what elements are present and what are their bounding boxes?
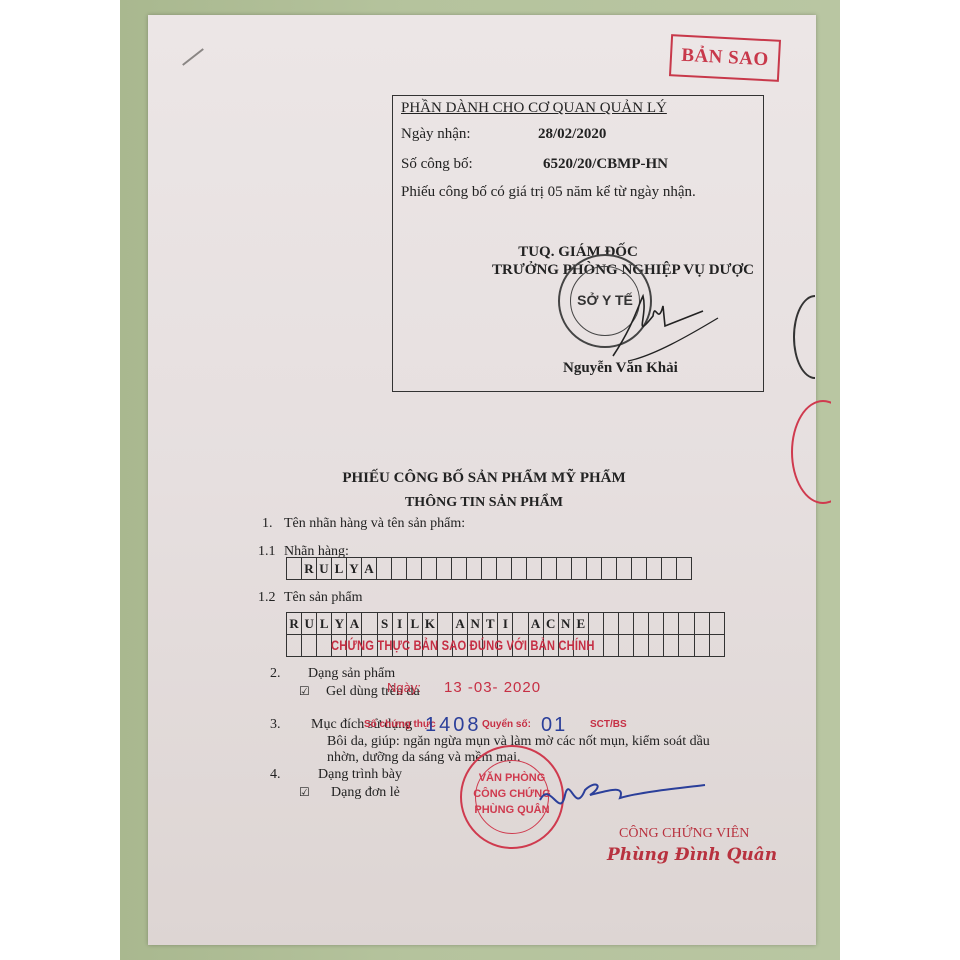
product-cell: [664, 613, 679, 635]
product-cell: [634, 613, 649, 635]
certification-date-label: Ngày:: [387, 680, 421, 695]
section-4-option: Dạng đơn lẻ: [331, 785, 400, 801]
authority-title: TUQ. GIÁM ĐỐC: [463, 244, 693, 261]
product-cell-empty: [649, 635, 664, 657]
book-number-value: 01: [541, 714, 567, 737]
product-cell: [619, 613, 634, 635]
brand-cell: [542, 558, 557, 580]
product-cell: [710, 613, 725, 635]
product-cell-empty: [302, 635, 317, 657]
signer-name: Nguyễn Văn Khải: [563, 360, 678, 377]
checkbox-checked-icon: ☑: [299, 684, 310, 698]
product-cell-empty: [619, 635, 634, 657]
section-1-label: Tên nhãn hàng và tên sản phẩm:: [284, 516, 465, 532]
notary-title: CÔNG CHỨNG VIÊN: [619, 826, 749, 842]
section-1-number: 1.: [262, 516, 273, 532]
product-cell: [513, 613, 528, 635]
product-cell: [589, 613, 604, 635]
official-signature: [593, 286, 723, 366]
brand-cell: [482, 558, 497, 580]
received-date-label: Ngày nhận:: [401, 126, 471, 142]
product-cell: K: [423, 613, 438, 635]
brand-cell: [377, 558, 392, 580]
brand-cell: [422, 558, 437, 580]
product-cell: [695, 613, 710, 635]
product-cell: [604, 613, 619, 635]
brand-cell: [452, 558, 467, 580]
section-2-label: Dạng sản phẩm: [308, 666, 395, 682]
product-cell: [649, 613, 664, 635]
document-subtitle: THÔNG TIN SẢN PHẨM: [150, 495, 818, 511]
notary-name: Phùng Đình Quân: [607, 845, 777, 865]
product-cell: C: [544, 613, 559, 635]
brand-cell: Y: [347, 558, 362, 580]
product-cell-empty: [634, 635, 649, 657]
product-cell: U: [302, 613, 317, 635]
product-cell: N: [468, 613, 483, 635]
section-2-number: 2.: [270, 666, 281, 682]
product-cell: S: [378, 613, 393, 635]
product-cell-empty: [664, 635, 679, 657]
brand-cell: A: [362, 558, 377, 580]
brand-cell: [392, 558, 407, 580]
product-cell: A: [529, 613, 544, 635]
brand-name-grid: RULYA: [286, 557, 692, 580]
product-cell-empty: [679, 635, 694, 657]
product-cell: N: [559, 613, 574, 635]
received-date-value: 28/02/2020: [538, 126, 606, 143]
product-cell: A: [453, 613, 468, 635]
product-cell-empty: [695, 635, 710, 657]
section-3-number: 3.: [270, 717, 281, 733]
management-section: PHẦN DÀNH CHO CƠ QUAN QUẢN LÝ Ngày nhận:…: [392, 95, 764, 392]
brand-cell: [587, 558, 602, 580]
copy-stamp: BẢN SAO: [669, 34, 781, 82]
product-cell: Y: [332, 613, 347, 635]
brand-cell: [647, 558, 662, 580]
certified-copy-stamp: CHỨNG THỰC BẢN SAO ĐÚNG VỚI BẢN CHÍNH: [331, 637, 595, 653]
brand-cell: [407, 558, 422, 580]
brand-cell: [602, 558, 617, 580]
brand-cell: [662, 558, 677, 580]
notary-signature: [530, 770, 710, 830]
product-cell-empty: [287, 635, 302, 657]
brand-cell: [467, 558, 482, 580]
document-title: PHIẾU CÔNG BỐ SẢN PHẨM MỸ PHẨM: [150, 470, 818, 487]
product-cell: T: [483, 613, 498, 635]
product-cell: L: [317, 613, 332, 635]
product-cell: I: [498, 613, 513, 635]
brand-cell: [617, 558, 632, 580]
section-4-number: 4.: [270, 767, 281, 783]
section-1-2-number: 1.2: [258, 590, 276, 606]
brand-cell: [512, 558, 527, 580]
brand-cell: [632, 558, 647, 580]
certification-date-value: 13 -03- 2020: [444, 679, 541, 696]
product-cell: [362, 613, 377, 635]
product-cell: R: [287, 613, 302, 635]
declaration-number-label: Số công bố:: [401, 156, 473, 173]
product-cell-empty: [710, 635, 725, 657]
brand-cell: [677, 558, 692, 580]
declaration-number-value: 6520/20/CBMP-HN: [543, 156, 668, 173]
brand-cell: [497, 558, 512, 580]
product-cell: [679, 613, 694, 635]
product-cell: E: [574, 613, 589, 635]
brand-cell: [557, 558, 572, 580]
product-cell: I: [393, 613, 408, 635]
brand-cell: U: [317, 558, 332, 580]
received-date-row: Ngày nhận:: [401, 126, 471, 143]
validity-note: Phiếu công bố có giá trị 05 năm kể từ ng…: [401, 184, 696, 201]
brand-cell: L: [332, 558, 347, 580]
book-suffix: SCT/BS: [590, 719, 627, 730]
brand-cell: [437, 558, 452, 580]
product-cell-empty: [604, 635, 619, 657]
product-cell: A: [347, 613, 362, 635]
book-number-label: Quyển số:: [482, 719, 531, 730]
partial-notary-seal-edge: [791, 400, 855, 504]
certification-number-value: 1408: [425, 714, 482, 737]
brand-cell: [287, 558, 302, 580]
brand-cell: R: [302, 558, 317, 580]
management-title: PHẦN DÀNH CHO CƠ QUAN QUẢN LÝ: [401, 100, 667, 117]
section-1-1-number: 1.1: [258, 544, 276, 560]
product-cell: [438, 613, 453, 635]
section-1-2-label: Tên sản phẩm: [284, 590, 363, 606]
brand-cell: [572, 558, 587, 580]
brand-cell: [527, 558, 542, 580]
checkbox-checked-icon: ☑: [299, 785, 310, 799]
product-cell: L: [408, 613, 423, 635]
section-4-label: Dạng trình bày: [318, 767, 402, 783]
